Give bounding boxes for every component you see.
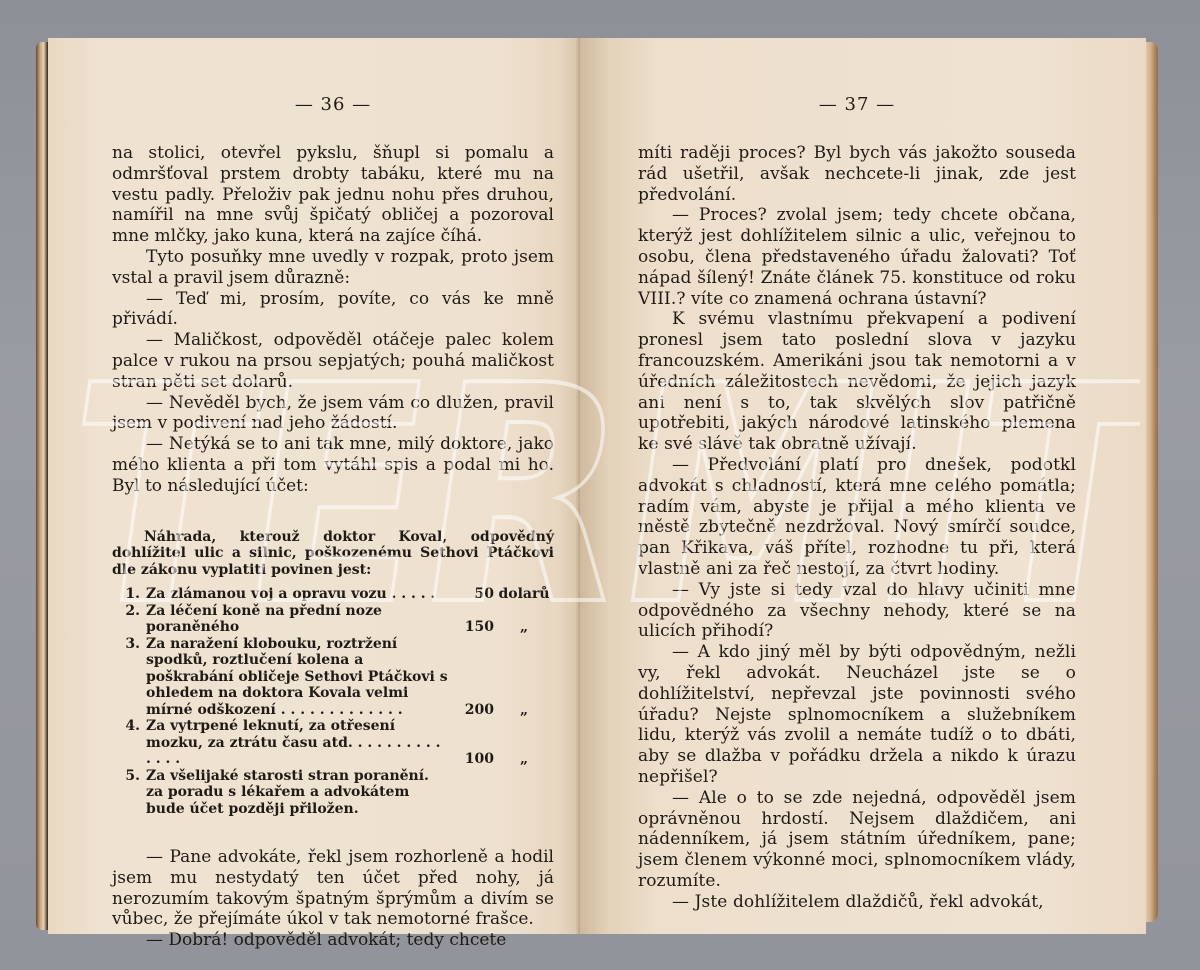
right-page-text: míti raději proces? Byl bych vás jakožto… xyxy=(638,143,1076,912)
bill-item-unit: „ xyxy=(494,619,554,636)
bill-item-number: 1. xyxy=(112,586,146,603)
bill-item-amount: 200 xyxy=(450,702,494,719)
bill-item-description: Za léčení koně na přední noze poraněného xyxy=(146,603,450,636)
bill-item-unit: „ xyxy=(494,702,554,719)
bill-item-description: Za zlámanou voj a opravu vozu . . . . . xyxy=(146,586,450,603)
bill-item-amount: 100 xyxy=(450,751,494,768)
paragraph: na stolici, otevřel pykslu, šňupl si pom… xyxy=(112,143,554,247)
paragraph: — Maličkost, odpověděl otáčeje palec kol… xyxy=(112,330,554,392)
paragraph: — Proces? zvolal jsem; tedy chcete občan… xyxy=(638,205,1076,309)
bill-item: 1. Za zlámanou voj a opravu vozu . . . .… xyxy=(112,586,554,603)
open-book: — 36 — na stolici, otevřel pykslu, šňupl… xyxy=(36,38,1158,934)
page-number: — 37 — xyxy=(638,94,1076,115)
paragraph: — Pane advokáte, řekl jsem rozhorleně a … xyxy=(112,847,554,930)
bill-item-number: 5. xyxy=(112,768,146,785)
page-number: — 36 — xyxy=(112,94,554,115)
bill-item-amount: 150 xyxy=(450,619,494,636)
bill-item: 5. Za všelijaké starosti stran poranění.… xyxy=(112,768,554,818)
bill-item-unit: „ xyxy=(494,751,554,768)
right-page: — 37 — míti raději proces? Byl bych vás … xyxy=(580,38,1146,934)
paragraph: — Vy jste si tedy vzal do hlavy učiniti … xyxy=(638,580,1076,642)
paragraph: Tyto posuňky mne uvedly v rozpak, proto … xyxy=(112,247,554,289)
bill-item-unit: dolarů xyxy=(494,586,554,603)
bill-item-amount: 50 xyxy=(450,586,494,603)
paragraph: K svému vlastnímu překvapení a podivení … xyxy=(638,309,1076,455)
bill-intro: Náhrada, kterouž doktor Koval, odpovědný… xyxy=(112,529,554,579)
left-page: — 36 — na stolici, otevřel pykslu, šňupl… xyxy=(48,38,580,934)
paragraph: — Ale o to se zde nejedná, odpověděl jse… xyxy=(638,788,1076,892)
bill-item: 4. Za vytrpené leknutí, za otřesení mozk… xyxy=(112,718,554,768)
bill-item: 3. Za naražení klobouku, roztržení spodk… xyxy=(112,636,554,719)
bill-item-number: 2. xyxy=(112,603,146,620)
paragraph: — Teď mi, prosím, povíte, co vás ke mně … xyxy=(112,289,554,331)
bill-item-description: Za všelijaké starosti stran poranění. za… xyxy=(146,768,450,818)
bill-item-description: Za naražení klobouku, roztržení spodků, … xyxy=(146,636,450,719)
bill-item-number: 4. xyxy=(112,718,146,735)
paragraph: — Předvolání platí pro dnešek, podotkl a… xyxy=(638,455,1076,580)
book-right-edge xyxy=(1144,42,1158,922)
paragraph: — Dobrá! odpověděl advokát; tedy chcete xyxy=(112,930,554,951)
left-page-text: na stolici, otevřel pykslu, šňupl si pom… xyxy=(112,143,554,497)
bill-item: 2. Za léčení koně na přední noze poraněn… xyxy=(112,603,554,636)
bill-of-damages: Náhrada, kterouž doktor Koval, odpovědný… xyxy=(112,529,554,818)
left-page-text-continued: — Pane advokáte, řekl jsem rozhorleně a … xyxy=(112,847,554,951)
bill-item-description: Za vytrpené leknutí, za otřesení mozku, … xyxy=(146,718,450,768)
paragraph: — A kdo jiný měl by býti odpovědným, než… xyxy=(638,642,1076,788)
bill-item-number: 3. xyxy=(112,636,146,653)
paragraph: — Nevěděl bych, že jsem vám co dlužen, p… xyxy=(112,393,554,435)
paragraph: míti raději proces? Byl bych vás jakožto… xyxy=(638,143,1076,205)
paragraph: — Jste dohlížitelem dlaždičů, řekl advok… xyxy=(638,892,1076,913)
paragraph: — Netýká se to ani tak mne, milý doktore… xyxy=(112,434,554,496)
